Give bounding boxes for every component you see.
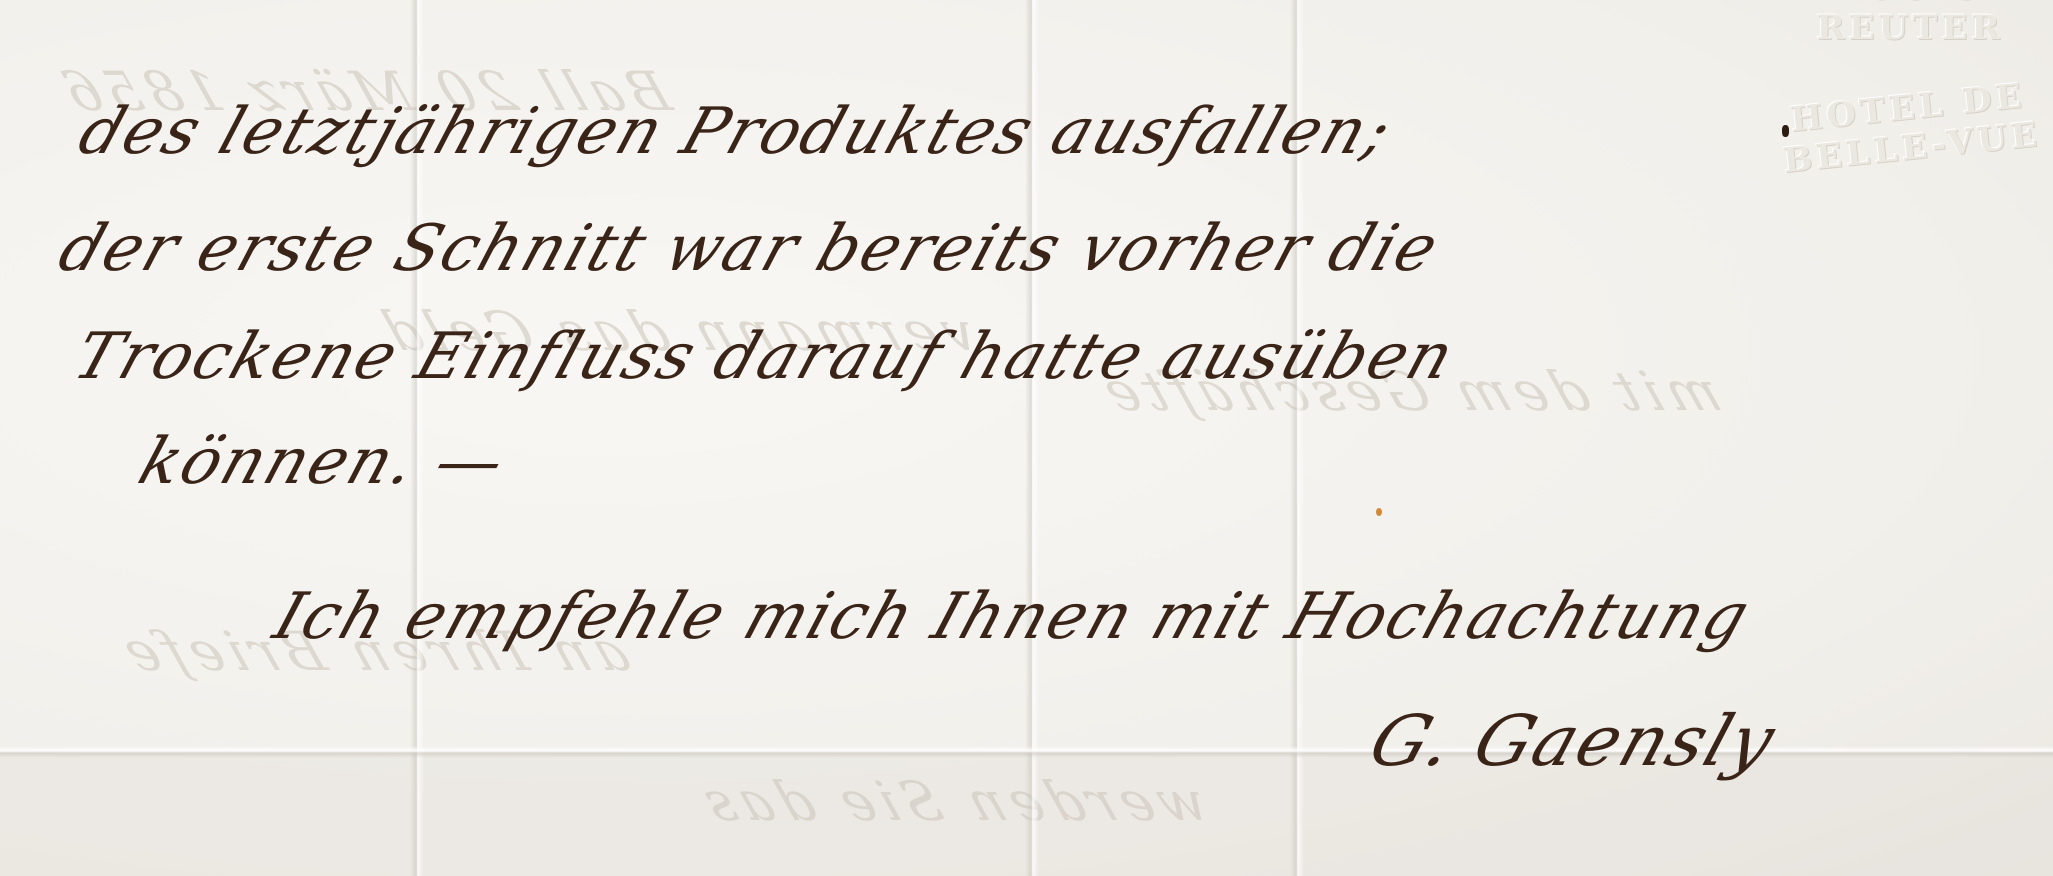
letter-line-5-closing: Ich empfehle mich Ihnen mit Hochachtung: [265, 580, 1759, 654]
paper-stain: [1376, 508, 1382, 516]
letter-line-4: können. —: [130, 425, 516, 499]
signature: G. Gaensly: [1360, 700, 1787, 782]
letter-line-3: Trockene Einfluss darauf hatte ausüben: [65, 320, 1464, 394]
stamp-proprietor: LOUIS REUTER: [1760, 0, 2053, 48]
letter-line-1: des letztjährigen Produktes ausfallen;: [70, 95, 1402, 169]
bleed-through-text: werden Sie das: [689, 770, 1216, 833]
ink-blot: [1782, 125, 1789, 137]
letter-line-2: der erste Schnitt war bereits vorher die: [50, 212, 1449, 286]
embossed-hotel-stamp: DEUTZ LOUIS REUTER HOTEL DE BELLE-VUE: [1760, 20, 2053, 190]
stamp-hotel-name: HOTEL DE BELLE-VUE: [1757, 73, 2053, 184]
